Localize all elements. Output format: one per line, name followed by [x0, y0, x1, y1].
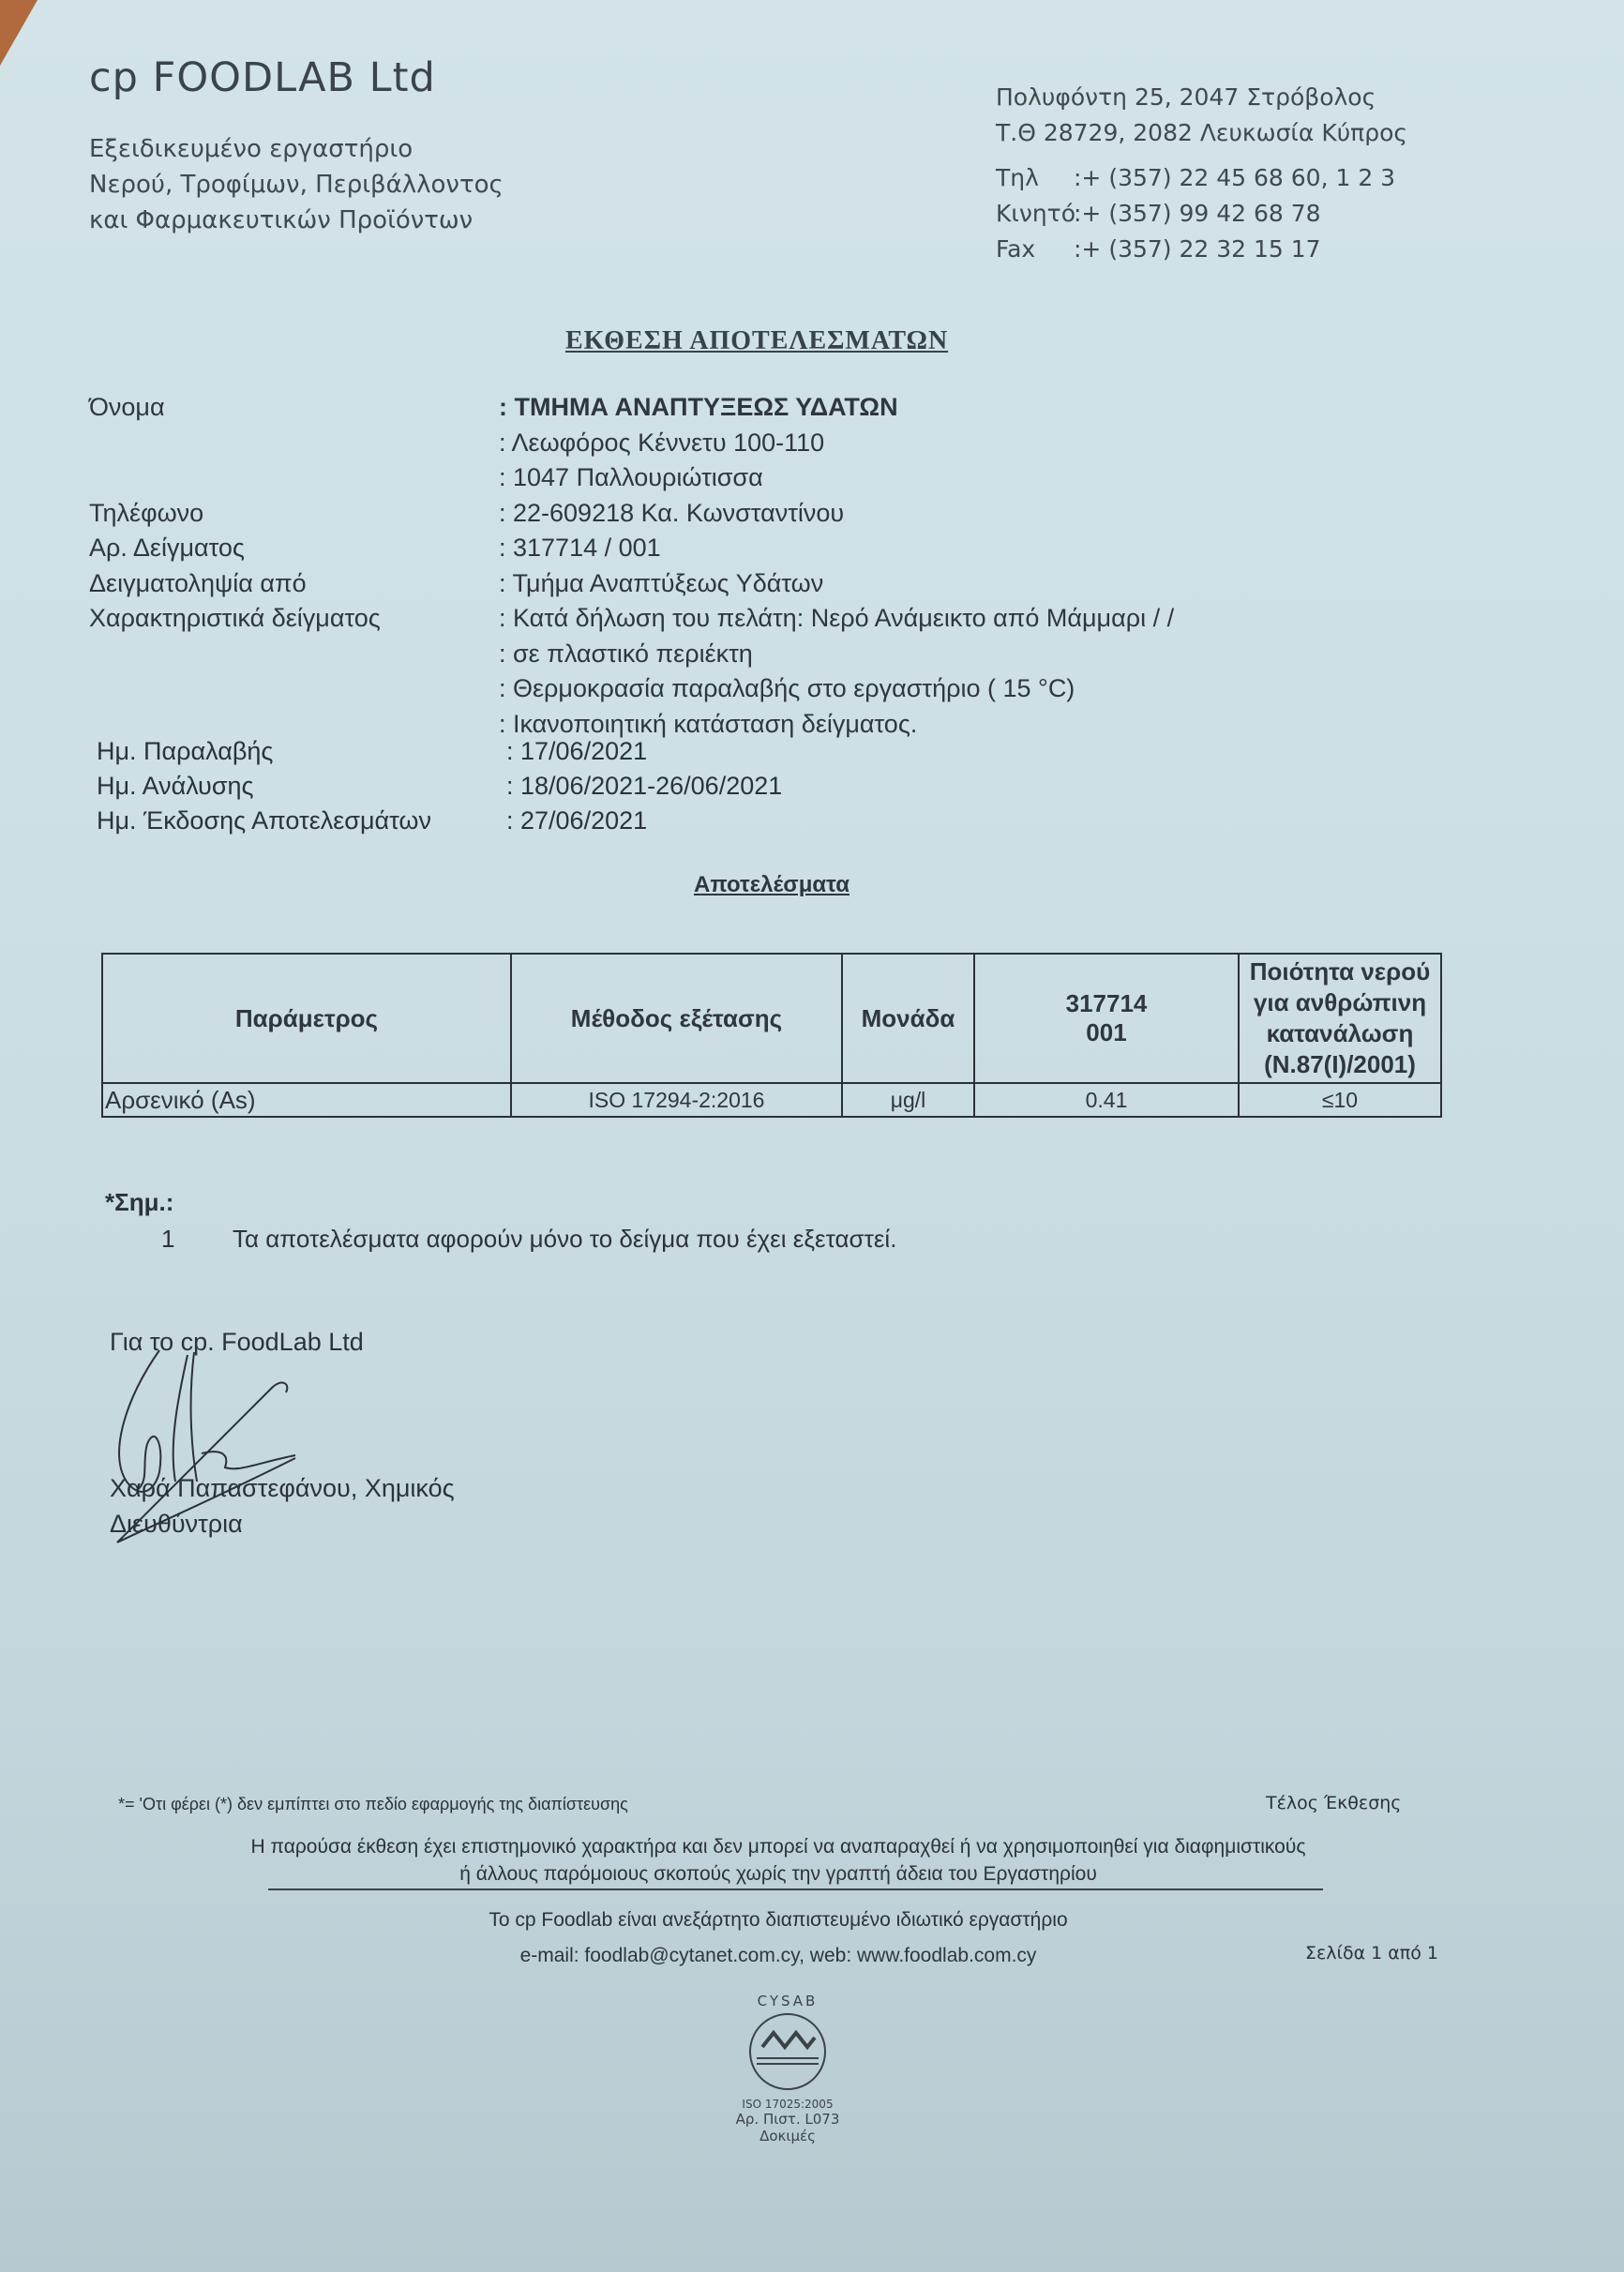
info-label	[89, 637, 499, 672]
phone-value: :+ (357) 22 45 68 60, 1 2 3	[1074, 160, 1395, 196]
info-label	[89, 426, 499, 461]
info-value: : Τμήμα Αναπτύξεως Υδάτων	[499, 566, 823, 602]
phone-row: Τηλ :+ (357) 22 45 68 60, 1 2 3	[996, 160, 1407, 196]
fax-label: Fax	[996, 232, 1074, 267]
end-of-report: Τέλος Έκθεσης	[1266, 1793, 1401, 1813]
stamp-accreditation-no: Αρ. Πιστ. L073	[722, 2111, 853, 2128]
info-row: Δειγματοληψία από: Τμήμα Αναπτύξεως Υδάτ…	[89, 566, 1174, 602]
page-number: Σελίδα 1 από 1	[1305, 1943, 1438, 1964]
web-link[interactable]: www.foodlab.com.cy	[857, 1945, 1036, 1966]
report-title: ΕΚΘΕΣΗ ΑΠΟΤΕΛΕΣΜΑΤΩΝ	[565, 326, 948, 356]
info-row: Χαρακτηριστικά δείγματος: Κατά δήλωση το…	[89, 601, 1174, 637]
info-label: Τηλέφωνο	[89, 496, 499, 532]
info-row: : 1047 Παλλουριώτισσα	[89, 460, 1174, 496]
info-value: : 317714 / 001	[499, 531, 661, 566]
disclaimer: Η παρούσα έκθεση έχει επιστημονικό χαρακ…	[206, 1833, 1350, 1888]
note-number: 1	[105, 1225, 233, 1254]
accreditation-stamp: CYSAB ISO 17025:2005 Αρ. Πιστ. L073 Δοκι…	[722, 1993, 853, 2144]
info-label	[89, 460, 499, 496]
info-row: Αρ. Δείγματος: 317714 / 001	[89, 531, 1174, 566]
cysab-logo-icon	[745, 2009, 830, 2094]
phone-label: Τηλ	[996, 160, 1074, 196]
tagline-line: Εξειδικευμένο εργαστήριο	[89, 131, 504, 167]
contact-links: e-mail: foodlab@cytanet.com.cy, web: www…	[450, 1945, 1106, 1967]
background-desk-corner	[0, 0, 38, 66]
fax-row: Fax :+ (357) 22 32 15 17	[996, 232, 1407, 267]
date-label: Ημ. Παραλαβής	[97, 734, 506, 769]
info-value: : σε πλαστικό περιέκτη	[499, 637, 753, 672]
info-value: : ΤΜΗΜΑ ΑΝΑΠΤΥΞΕΩΣ ΥΔΑΤΩΝ	[499, 390, 898, 426]
date-row: Ημ. Έκδοσης Αποτελεσμάτων: 27/06/2021	[97, 804, 782, 838]
info-value: : Κατά δήλωση του πελάτη: Νερό Ανάμεικτο…	[499, 601, 1174, 637]
info-row: : Λεωφόρος Κέννετυ 100-110	[89, 426, 1174, 461]
info-label: Αρ. Δείγματος	[89, 531, 499, 566]
header-limit: Ποιότητα νερού για ανθρώπινη κατανάλωση …	[1239, 954, 1441, 1083]
tagline-line: και Φαρμακευτικών Προϊόντων	[89, 203, 504, 238]
signatory: Χαρά Παπαστεφάνου, Χημικός Διευθύντρια	[110, 1470, 455, 1542]
email-link[interactable]: foodlab@cytanet.com.cy	[584, 1945, 799, 1966]
header-unit: Μονάδα	[842, 954, 974, 1083]
accreditation-note: *= 'Οτι φέρει (*) δεν εμπίπτει στο πεδίο…	[118, 1795, 628, 1814]
info-value: : 1047 Παλλουριώτισσα	[499, 460, 763, 496]
notes-heading: *Σημ.:	[105, 1188, 896, 1217]
divider	[268, 1888, 1323, 1890]
stamp-top: CYSAB	[722, 1993, 853, 2009]
table-row: Αρσενικό (As) ISO 17294-2:2016 μg/l 0.41…	[102, 1083, 1441, 1117]
date-value: : 17/06/2021	[506, 734, 647, 769]
company-logo: cp FOODLAB Ltd	[89, 54, 436, 101]
table-header-row: Παράμετρος Μέθοδος εξέτασης Μονάδα 31771…	[102, 954, 1441, 1083]
report-dates: Ημ. Παραλαβής: 17/06/2021Ημ. Ανάλυσης: 1…	[97, 734, 782, 838]
results-table: Παράμετρος Μέθοδος εξέτασης Μονάδα 31771…	[101, 953, 1442, 1118]
cell-unit: μg/l	[842, 1083, 974, 1117]
header-method: Μέθοδος εξέτασης	[511, 954, 842, 1083]
mobile-row: Κινητό :+ (357) 99 42 68 78	[996, 196, 1407, 232]
tagline-line: Νερού, Τροφίμων, Περιβάλλοντος	[89, 167, 504, 203]
signatory-name: Χαρά Παπαστεφάνου, Χημικός	[110, 1470, 455, 1506]
info-value: : Θερμοκρασία παραλαβής στο εργαστήριο (…	[499, 671, 1075, 707]
fax-value: :+ (357) 22 32 15 17	[1074, 232, 1321, 267]
date-row: Ημ. Παραλαβής: 17/06/2021	[97, 734, 782, 769]
signatory-role: Διευθύντρια	[110, 1506, 455, 1542]
mobile-value: :+ (357) 99 42 68 78	[1074, 196, 1321, 232]
address-line: Πολυφόντη 25, 2047 Στρόβολος	[996, 80, 1407, 115]
info-label: Όνομα	[89, 390, 499, 426]
independent-lab-statement: Το cp Foodlab είναι ανεξάρτητο διαπιστευ…	[450, 1909, 1106, 1932]
date-label: Ημ. Ανάλυσης	[97, 769, 506, 804]
header-sample: 317714 001	[974, 954, 1239, 1083]
mobile-label: Κινητό	[996, 196, 1074, 232]
company-tagline: Εξειδικευμένο εργαστήριο Νερού, Τροφίμων…	[89, 131, 504, 238]
info-label: Δειγματοληψία από	[89, 566, 499, 602]
info-label: Χαρακτηριστικά δείγματος	[89, 601, 499, 637]
note-item: 1 Τα αποτελέσματα αφορούν μόνο το δείγμα…	[105, 1225, 896, 1254]
client-info: Όνομα: ΤΜΗΜΑ ΑΝΑΠΤΥΞΕΩΣ ΥΔΑΤΩΝ: Λεωφόρος…	[89, 390, 1174, 742]
info-row: : Θερμοκρασία παραλαβής στο εργαστήριο (…	[89, 671, 1174, 707]
address-line: Τ.Θ 28729, 2082 Λευκωσία Κύπρος	[996, 115, 1407, 151]
date-row: Ημ. Ανάλυσης: 18/06/2021-26/06/2021	[97, 769, 782, 804]
date-value: : 27/06/2021	[506, 804, 647, 838]
cell-method: ISO 17294-2:2016	[511, 1083, 842, 1117]
company-contact: Πολυφόντη 25, 2047 Στρόβολος Τ.Θ 28729, …	[996, 80, 1407, 267]
cell-parameter: Αρσενικό (As)	[102, 1083, 511, 1117]
info-value: : 22-609218 Κα. Κωνσταντίνου	[499, 496, 844, 532]
results-title: Αποτελέσματα	[694, 872, 850, 898]
date-label: Ημ. Έκδοσης Αποτελεσμάτων	[97, 804, 506, 838]
stamp-type: Δοκιμές	[722, 2128, 853, 2144]
info-value: : Λεωφόρος Κέννετυ 100-110	[499, 426, 824, 461]
info-row: : σε πλαστικό περιέκτη	[89, 637, 1174, 672]
notes: *Σημ.: 1 Τα αποτελέσματα αφορούν μόνο το…	[105, 1188, 896, 1254]
cell-value: 0.41	[974, 1083, 1239, 1117]
stamp-ring: ISO 17025:2005	[722, 2098, 853, 2111]
info-row: Όνομα: ΤΜΗΜΑ ΑΝΑΠΤΥΞΕΩΣ ΥΔΑΤΩΝ	[89, 390, 1174, 426]
info-row: Τηλέφωνο: 22-609218 Κα. Κωνσταντίνου	[89, 496, 1174, 532]
date-value: : 18/06/2021-26/06/2021	[506, 769, 782, 804]
header-parameter: Παράμετρος	[102, 954, 511, 1083]
cell-limit: ≤10	[1239, 1083, 1441, 1117]
note-text: Τα αποτελέσματα αφορούν μόνο το δείγμα π…	[233, 1225, 896, 1254]
info-label	[89, 671, 499, 707]
